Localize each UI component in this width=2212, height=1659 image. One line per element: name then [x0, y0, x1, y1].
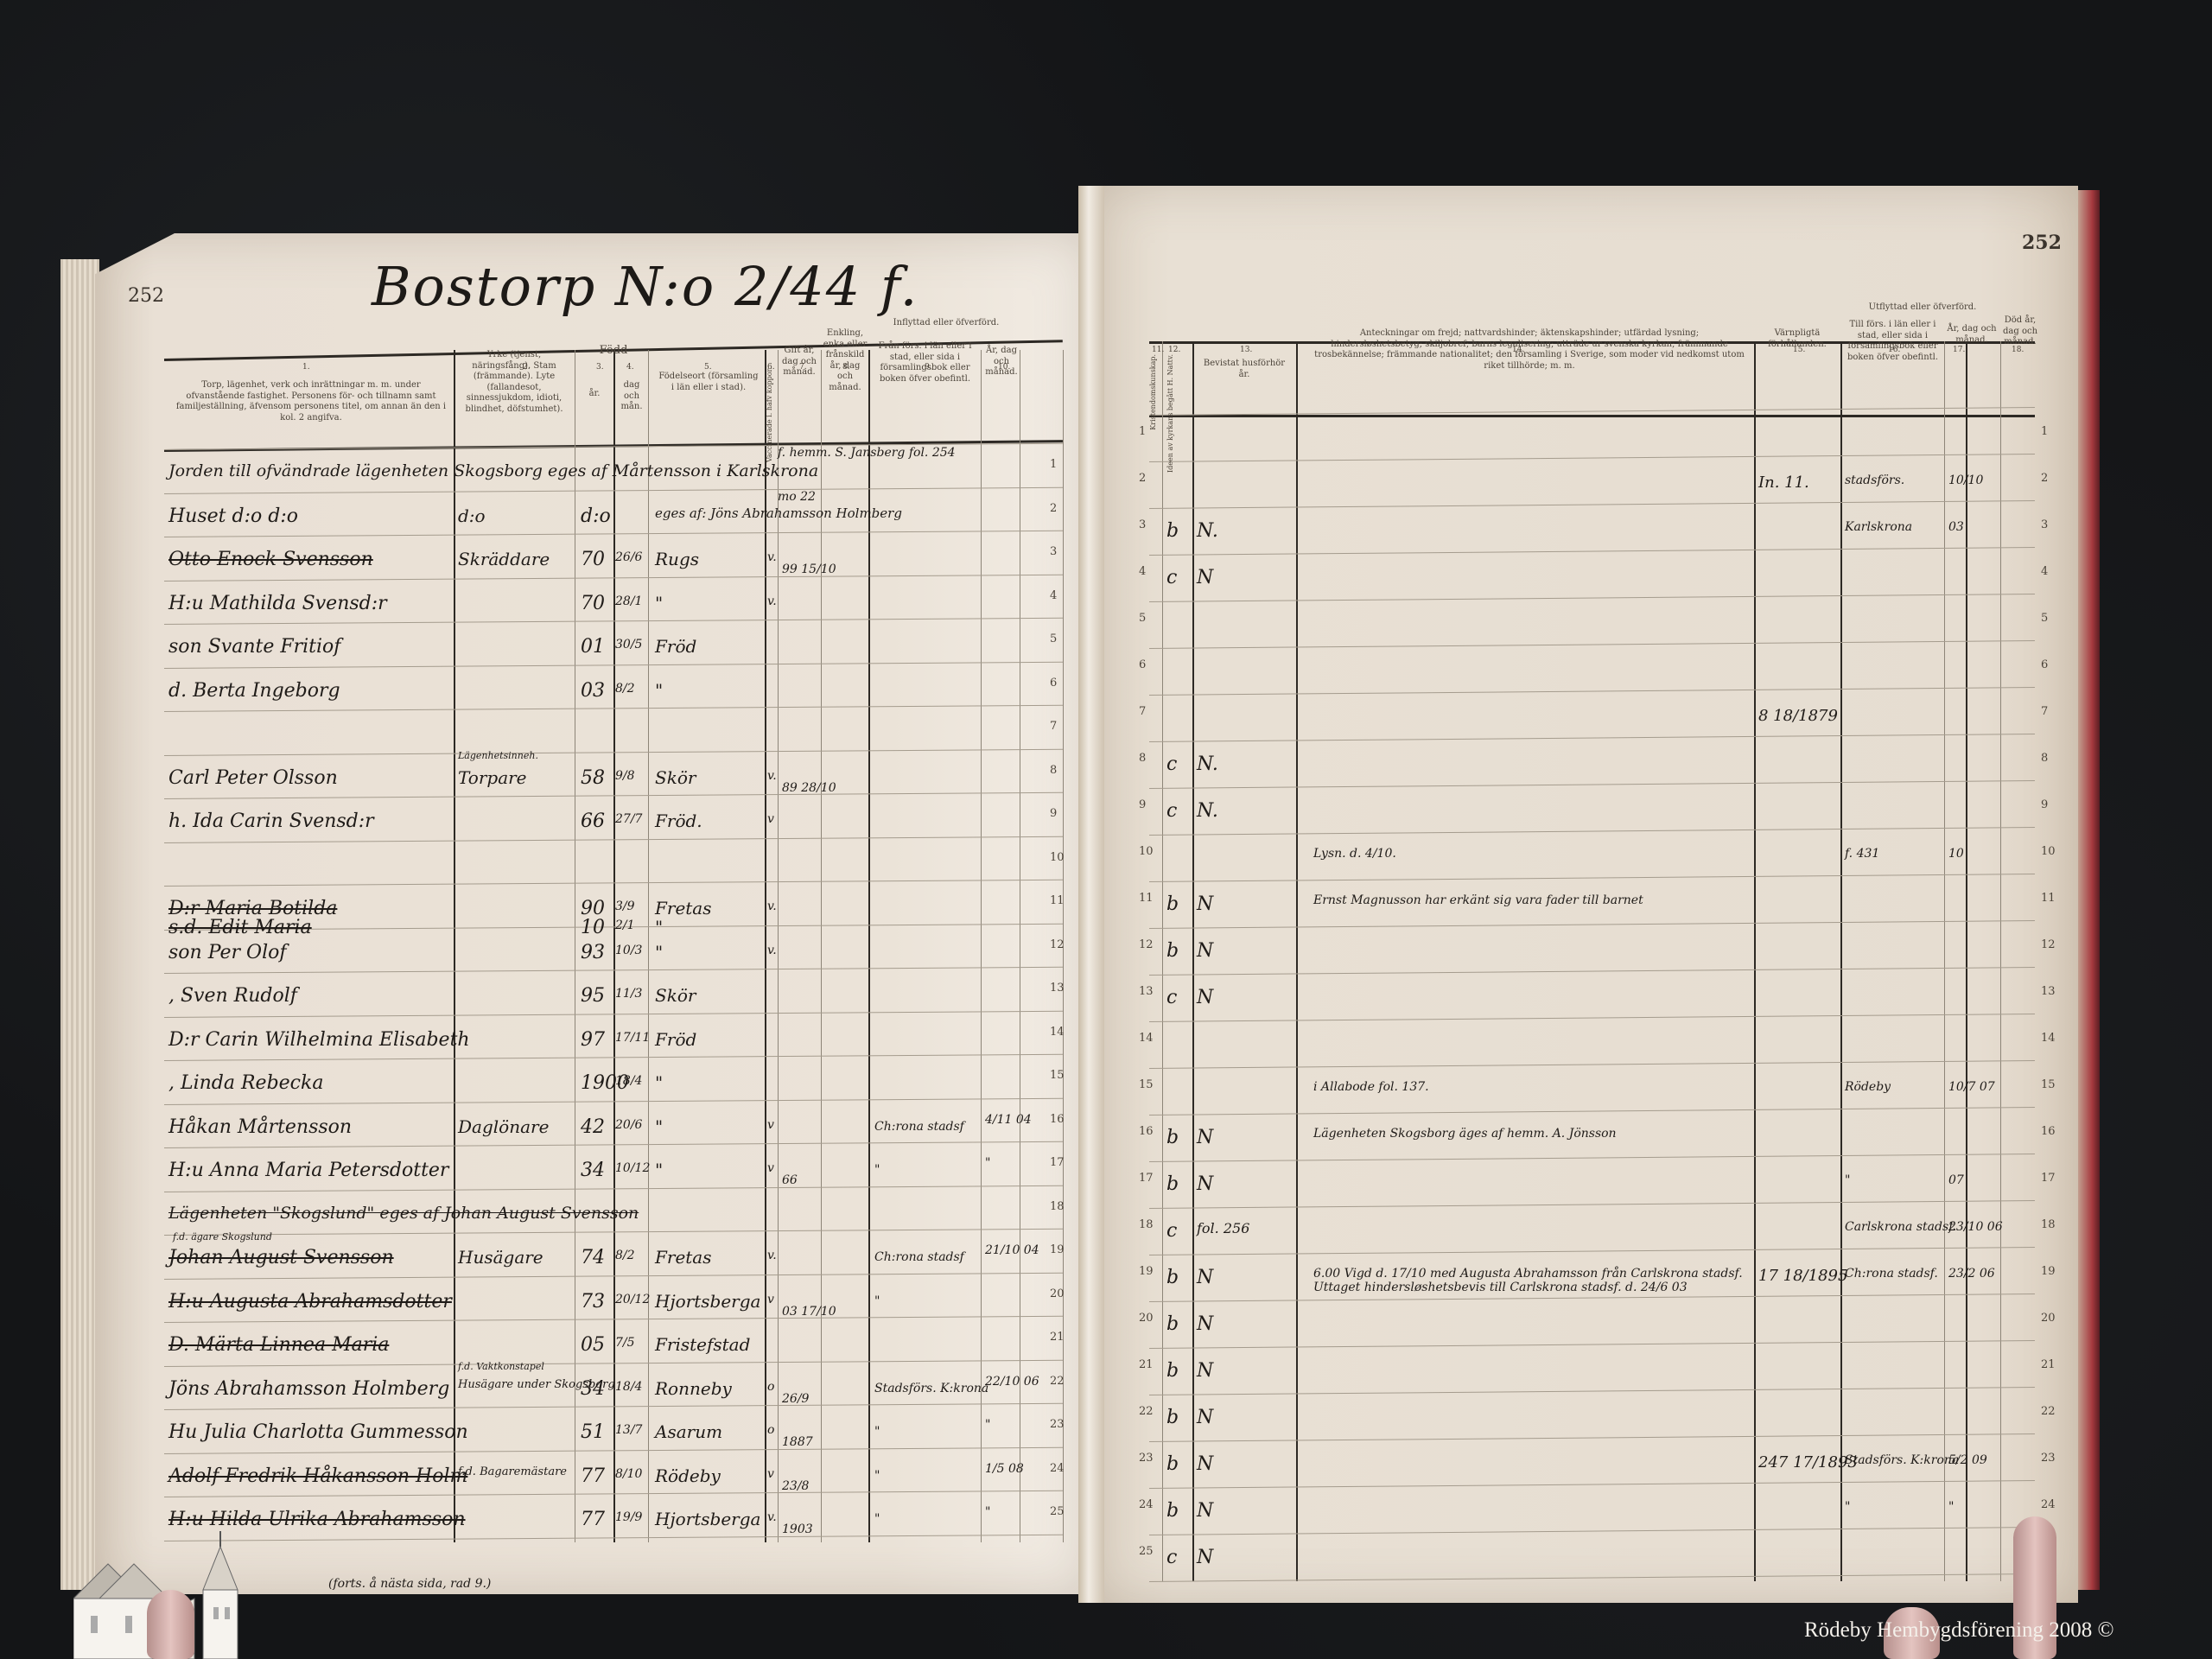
row-number: 9	[2041, 798, 2048, 811]
column-number: 17.	[1953, 346, 1965, 354]
row-number: 19	[2041, 1265, 2056, 1278]
header-col2: Yrke (tjenst, näringsfång). Stam (främma…	[458, 350, 570, 415]
row-number: 6	[2041, 658, 2048, 671]
entry-birthplace: Asarum	[655, 1421, 722, 1442]
entry-christianity-knowledge: b	[1166, 1500, 1179, 1522]
entry-birth-date: 2/1	[615, 918, 635, 932]
entry-birth-year: 34	[581, 1160, 605, 1181]
entry-occupation: Daglönare	[458, 1116, 549, 1137]
entry-christianity-knowledge: b	[1166, 893, 1179, 915]
entry-name: h. Ida Carin Svensd:r	[168, 810, 374, 832]
row-number: 5	[1139, 612, 1146, 625]
entry-moved-to: Rödeby	[1845, 1080, 1891, 1094]
entry-birth-year: d:o	[581, 505, 611, 527]
entry-communion: N	[1197, 1313, 1213, 1335]
entry-birth-date: 20/12	[615, 1293, 650, 1306]
entry-moved-to: Stadsförs. K:krona	[1845, 1453, 1959, 1467]
entry-married-date: 99 15/10	[782, 563, 836, 576]
entry-birth-year: 01	[581, 636, 605, 658]
entry-birth-date: 26/6	[615, 550, 642, 564]
row-number: 22	[1139, 1405, 1154, 1418]
footnote: (forts. å nästa sida, rad 9.)	[328, 1577, 491, 1591]
left-page-number: 252	[128, 285, 164, 307]
entry-communion: N	[1197, 987, 1213, 1008]
entry-birth-date: 20/6	[615, 1118, 642, 1132]
entry-christianity-knowledge: c	[1166, 1220, 1177, 1242]
entry-occupation: f.d. Bagaremästare	[458, 1465, 567, 1478]
entry-vaccinated: v	[767, 812, 774, 826]
entry-birth-year: 77	[581, 1465, 605, 1487]
entry-vaccinated: v.	[767, 944, 777, 957]
entry-birthplace: Fretas	[655, 1247, 712, 1268]
row-number: 8	[2041, 752, 2048, 765]
row-number: 23	[2041, 1452, 2056, 1465]
header-col9: Från förs. i län eller i stad, eller sid…	[871, 341, 979, 385]
row-number: 12	[1139, 938, 1154, 951]
entry-birthplace: "	[655, 1160, 663, 1180]
row-number: 18	[1050, 1200, 1065, 1213]
entry-christianity-knowledge: b	[1166, 1453, 1179, 1475]
entry-birth-year: 73	[581, 1291, 605, 1313]
entry-communion: N	[1197, 940, 1213, 962]
row-number: 10	[1050, 851, 1065, 864]
header-utflyttad: Utflyttad eller öfverförd.	[1849, 302, 1996, 314]
entry-military-service: 247 17/1893	[1758, 1453, 1858, 1471]
entry-christianity-knowledge: c	[1166, 1547, 1177, 1568]
entry-communion: N	[1197, 1500, 1213, 1522]
row-number: 17	[1139, 1172, 1154, 1185]
header-col8: Enkling, enka eller frånskild år, dag oc…	[823, 328, 868, 393]
entry-moved-to: "	[1845, 1173, 1850, 1187]
entry-moved-out-date: 23/2 06	[1948, 1267, 1995, 1281]
column-rule	[868, 350, 870, 1542]
column-rule-thin	[1020, 350, 1020, 1542]
header-col7: Gift år, dag och månad.	[779, 346, 819, 378]
entry-birth-date: 8/2	[615, 682, 635, 696]
entry-married-date: 23/8	[782, 1479, 809, 1493]
entry-note: f. hemm. S. Jansberg fol. 254	[778, 446, 956, 460]
entry-moved-to: f. 431	[1845, 847, 1879, 861]
entry-christianity-knowledge: b	[1166, 1173, 1179, 1195]
entry-communion: N.	[1197, 520, 1218, 542]
row-number: 6	[1050, 677, 1057, 690]
row-number: 21	[1050, 1331, 1065, 1344]
entry-birth-year: 10	[581, 917, 605, 938]
entry-name: Carl Peter Olsson	[168, 767, 338, 789]
row-number: 21	[1139, 1358, 1154, 1371]
book-page-edges-left	[60, 259, 99, 1590]
row-number: 15	[1139, 1078, 1154, 1091]
row-number: 19	[1139, 1265, 1154, 1278]
entry-birth-year: 51	[581, 1421, 605, 1443]
header-rule-bottom	[1149, 415, 2035, 417]
entry-occupation: Husägare	[458, 1247, 543, 1268]
entry-communion: N	[1197, 1173, 1213, 1195]
entry-moved-to: stadsförs.	[1845, 474, 1904, 487]
entry-communion: N	[1197, 1360, 1213, 1382]
entry-occupation: d:o	[458, 505, 486, 526]
entry-birth-year: 77	[581, 1509, 605, 1530]
row-number: 1	[1050, 458, 1057, 471]
header-col5: Födelseort (församling i län eller i sta…	[657, 372, 760, 393]
column-number: 13.	[1240, 346, 1252, 354]
entry-christianity-knowledge: b	[1166, 1127, 1179, 1148]
row-number: 1	[2041, 425, 2048, 438]
entry-married-date: 03 17/10	[782, 1305, 836, 1319]
header-col18: Död år, dag och månad.	[2003, 315, 2037, 348]
entry-occupation-note: f.d. Vaktkonstapel	[458, 1361, 544, 1372]
entry-communion: N	[1197, 1453, 1213, 1475]
entry-birthplace: Fröd	[655, 636, 696, 657]
entry-birth-date: 10/3	[615, 944, 642, 957]
entry-christianity-knowledge: b	[1166, 940, 1179, 962]
row-number: 7	[2041, 705, 2048, 718]
row-number: 7	[1139, 705, 1146, 718]
entry-birthplace: "	[655, 1116, 663, 1137]
entry-birth-date: 30/5	[615, 638, 642, 652]
entry-remarks: Lysn. d. 4/10.	[1313, 847, 1745, 861]
header-inflyttad: Inflyttad eller öfverförd.	[873, 318, 1020, 329]
row-number: 12	[1050, 938, 1065, 951]
row-number: 9	[1139, 798, 1146, 811]
header-col4: dag och mån.	[615, 380, 648, 413]
entry-moved-out-date: "	[1948, 1500, 1954, 1514]
entry-vaccinated: o	[767, 1423, 774, 1437]
entry-moved-from: "	[874, 1163, 880, 1177]
row-number: 18	[1139, 1218, 1154, 1231]
entry-married-date: 1887	[782, 1435, 813, 1449]
entry-name: H:u Hilda Ulrika Abrahamsson	[168, 1509, 466, 1530]
entry-communion: N.	[1197, 753, 1218, 775]
entry-military-service: 17 18/1895	[1758, 1267, 1847, 1285]
entry-note: mo 22	[778, 490, 816, 504]
row-number: 20	[2041, 1312, 2056, 1325]
header-col15: Värnpligtä förhållanden.	[1758, 328, 1836, 350]
entry-married-date: 1903	[782, 1522, 813, 1536]
entry-name: Otto Enock Svensson	[168, 549, 373, 570]
column-number: 5.	[704, 363, 712, 372]
row-number: 24	[2041, 1498, 2056, 1511]
row-number: 3	[1050, 545, 1057, 558]
header-col3: år.	[577, 389, 612, 400]
entry-moved-from: Stadsförs. K:krona	[874, 1382, 988, 1395]
entry-birthplace: "	[655, 593, 663, 613]
entry-vaccinated: v.	[767, 1249, 777, 1262]
header-col12: Ideen av kyrkans begått H. Nattv.	[1166, 354, 1191, 473]
header-col13: Bevistat husförhör år.	[1201, 359, 1287, 380]
row-number: 4	[1050, 589, 1057, 602]
entry-vaccinated: v.	[767, 899, 777, 913]
row-number: 17	[2041, 1172, 2056, 1185]
row-number: 1	[1139, 425, 1146, 438]
entry-birth-date: 3/9	[615, 899, 635, 913]
entry-birth-date: 19/9	[615, 1510, 642, 1524]
column-rule	[1192, 341, 1194, 1581]
entry-vaccinated: v.	[767, 1510, 777, 1524]
entry-vaccinated: v	[767, 1161, 774, 1175]
entry-occupation-note: Lägenhetsinneh.	[458, 750, 538, 761]
column-rule-thin	[778, 350, 779, 1542]
row-number: 14	[1050, 1026, 1065, 1039]
column-rule	[1966, 341, 1967, 1581]
entry-christianity-knowledge: c	[1166, 567, 1177, 588]
row-number: 25	[1139, 1545, 1154, 1558]
row-number: 14	[2041, 1032, 2056, 1045]
header-col14: Anteckningar om frejd; nattvardshinder; …	[1313, 328, 1745, 372]
row-number: 10	[2041, 845, 2056, 858]
entry-military-service: 8 18/1879	[1758, 707, 1838, 725]
entry-communion: N	[1197, 1547, 1213, 1568]
entry-birth-year: 70	[581, 549, 605, 570]
entry-name: H:u Anna Maria Petersdotter	[168, 1160, 448, 1181]
entry-birth-year: 93	[581, 942, 605, 963]
row-number: 20	[1139, 1312, 1154, 1325]
entry-christianity-knowledge: b	[1166, 1313, 1179, 1335]
entry-vaccinated: v.	[767, 594, 777, 608]
entry-communion: N.	[1197, 800, 1218, 822]
row-number: 23	[1139, 1452, 1154, 1465]
row-number: 16	[1139, 1125, 1154, 1138]
column-rule-thin	[821, 350, 822, 1542]
entry-birthplace: Skör	[655, 985, 696, 1006]
entry-vaccinated: o	[767, 1380, 774, 1394]
header-col11: Kristendomskunskap.	[1149, 354, 1161, 430]
entry-birth-date: 28/1	[615, 594, 642, 608]
entry-birth-year: 74	[581, 1247, 605, 1268]
entry-remarks: 6.00 Vigd d. 17/10 med Augusta Abrahamss…	[1313, 1267, 1745, 1294]
row-number: 16	[1050, 1113, 1065, 1126]
entry-name: Huset d:o d:o	[168, 505, 298, 527]
entry-moved-out-date: 03	[1948, 520, 1964, 534]
entry-communion: N	[1197, 567, 1213, 588]
header-fodd: Född	[583, 344, 644, 358]
entry-moved-to: Karlskrona	[1845, 520, 1912, 534]
row-number: 11	[1139, 892, 1154, 905]
entry-communion: fol. 256	[1197, 1220, 1249, 1236]
entry-vaccinated: v	[767, 1293, 774, 1306]
entry-moved-in-date: "	[985, 1156, 990, 1170]
entry-birthplace: Skör	[655, 767, 696, 788]
entry-name: son Svante Fritiof	[168, 636, 340, 658]
entry-birth-year: 66	[581, 810, 605, 832]
column-number: 11.	[1152, 346, 1164, 354]
entry-birthplace: "	[655, 1072, 663, 1093]
entry-communion: N	[1197, 893, 1213, 915]
entry-name: H:u Mathilda Svensd:r	[168, 593, 387, 614]
row-number: 13	[1139, 985, 1154, 998]
column-number: 12.	[1168, 346, 1180, 354]
entry-christianity-knowledge: c	[1166, 987, 1177, 1008]
entry-name-note: f.d. ägare Skogslund	[173, 1231, 272, 1243]
entry-name: Johan August Svensson	[168, 1247, 394, 1268]
entry-birth-year: 42	[581, 1116, 605, 1138]
entry-birth-date: 8/2	[615, 1249, 635, 1262]
entry-name: Lägenheten "Skogslund" eges af Johan Aug…	[168, 1204, 639, 1223]
entry-birth-year: 05	[581, 1334, 605, 1356]
row-number: 25	[1050, 1505, 1065, 1518]
entry-occupation: Torpare	[458, 767, 527, 788]
header-col17: År, dag och månad.	[1946, 324, 1998, 346]
row-number: 17	[1050, 1156, 1065, 1169]
entry-moved-to: Carlskrona stadsf.	[1845, 1220, 1956, 1234]
entry-moved-in-date: 21/10 04	[985, 1243, 1039, 1257]
entry-moved-in-date: 22/10 06	[985, 1375, 1039, 1389]
entry-remarks: Ernst Magnusson har erkänt sig vara fade…	[1313, 893, 1745, 907]
entry-birth-date: 27/7	[615, 812, 642, 826]
row-number: 22	[2041, 1405, 2056, 1418]
row-number: 2	[2041, 472, 2048, 485]
row-number: 4	[2041, 565, 2048, 578]
entry-birthplace: Fröd	[655, 1029, 696, 1050]
row-number: 12	[2041, 938, 2056, 951]
entry-birth-year: 34	[581, 1378, 605, 1400]
entry-name: H:u Augusta Abrahamsdotter	[168, 1291, 452, 1313]
entry-moved-out-date: 5/2 09	[1948, 1453, 1987, 1467]
entry-christianity-knowledge: b	[1166, 520, 1179, 542]
entry-birth-date: 17/11	[615, 1031, 650, 1045]
header-col10: År, dag och månad.	[983, 346, 1020, 378]
row-number: 15	[1050, 1069, 1065, 1082]
entry-birth-year: 97	[581, 1029, 605, 1051]
row-number: 11	[1050, 894, 1065, 907]
row-number: 22	[1050, 1375, 1065, 1388]
finger	[147, 1590, 194, 1659]
entry-moved-out-date: 07	[1948, 1173, 1964, 1187]
column-rule	[1754, 341, 1756, 1581]
right-page-number: 252	[2022, 232, 2062, 254]
row-number: 5	[2041, 612, 2048, 625]
row-number: 19	[1050, 1243, 1065, 1256]
entry-name: D:r Carin Wilhelmina Elisabeth	[168, 1029, 470, 1051]
entry-remarks: Lägenheten Skogsborg äges af hemm. A. Jö…	[1313, 1127, 1745, 1141]
entry-moved-out-date: 10/7 07	[1948, 1080, 1995, 1094]
column-rule-thin	[1944, 341, 1945, 1581]
entry-moved-in-date: 1/5 08	[985, 1462, 1024, 1476]
row-number: 5	[1050, 632, 1057, 645]
header-col16: Till förs. i län eller i stad, eller sid…	[1843, 320, 1942, 363]
entry-christianity-knowledge: c	[1166, 800, 1177, 822]
entry-name: D. Märta Linnea Maria	[168, 1334, 389, 1356]
entry-moved-in-date: "	[985, 1505, 990, 1519]
entry-birth-date: 8/10	[615, 1467, 642, 1481]
entry-moved-from: "	[874, 1425, 880, 1439]
header-col1: Torp, lägenhet, verk och inrättningar m.…	[173, 380, 449, 423]
entry-name: , Sven Rudolf	[168, 985, 297, 1007]
entry-christianity-knowledge: b	[1166, 1267, 1179, 1288]
row-number: 13	[1050, 982, 1065, 995]
entry-birth-date: 7/5	[615, 1336, 635, 1350]
row-number: 4	[1139, 565, 1146, 578]
book-spine	[1078, 186, 1104, 1603]
entry-married-date: 66	[782, 1173, 798, 1187]
entry-name: Hu Julia Charlotta Gummesson	[168, 1421, 468, 1443]
row-number: 3	[1139, 518, 1146, 531]
row-number: 8	[1050, 764, 1057, 777]
entry-communion: N	[1197, 1127, 1213, 1148]
row-number: 3	[2041, 518, 2048, 531]
row-number: 8	[1139, 752, 1146, 765]
column-rule	[1296, 341, 1298, 1581]
column-number: 4.	[626, 363, 634, 372]
entry-birth-year: 03	[581, 680, 605, 702]
entry-communion: N	[1197, 1407, 1213, 1428]
entry-birth-year: 58	[581, 767, 605, 789]
entry-birthplace: "	[655, 680, 663, 701]
entry-name: , Linda Rebecka	[168, 1072, 323, 1094]
row-number: 6	[1139, 658, 1146, 671]
entry-birth-date: 18/4	[615, 1074, 642, 1088]
row-number: 2	[1139, 472, 1146, 485]
entry-moved-out-date: 23/10 06	[1948, 1220, 2003, 1234]
entry-birth-date: 9/8	[615, 769, 635, 783]
entry-birthplace: Fröd.	[655, 810, 702, 831]
entry-moved-from: Ch:rona stadsf	[874, 1120, 964, 1134]
entry-name: d. Berta Ingeborg	[168, 680, 340, 702]
entry-military-service: In. 11.	[1758, 474, 1809, 492]
entry-name: Håkan Mårtensson	[168, 1116, 352, 1138]
entry-vaccinated: v.	[767, 769, 777, 783]
entry-moved-from: "	[874, 1469, 880, 1483]
row-number: 20	[1050, 1287, 1065, 1300]
entry-birth-date: 10/12	[615, 1161, 650, 1175]
entry-moved-to: "	[1845, 1500, 1850, 1514]
entry-birthplace: "	[655, 917, 663, 938]
row-number: 23	[1050, 1418, 1065, 1431]
row-number: 15	[2041, 1078, 2056, 1091]
entry-birth-date: 11/3	[615, 987, 642, 1001]
row-number: 16	[2041, 1125, 2056, 1138]
row-number: 11	[2041, 892, 2056, 905]
entry-birthplace: eges af: Jöns Abrahamsson Holmberg	[655, 505, 902, 521]
entry-birthplace: "	[655, 942, 663, 963]
row-number: 7	[1050, 720, 1057, 733]
entry-birthplace: Fretas	[655, 898, 712, 918]
entry-vaccinated: v	[767, 1467, 774, 1481]
entry-birthplace: Hjortsberga	[655, 1509, 760, 1529]
header-col6: Vaccinerade i. hafv koppor.	[766, 367, 778, 462]
entry-birthplace: Rödeby	[655, 1465, 721, 1486]
entry-moved-from: "	[874, 1294, 880, 1308]
page-title: Bostorp N:o 2/44 f.	[372, 255, 918, 318]
row-number: 24	[1050, 1462, 1065, 1475]
row-number: 21	[2041, 1358, 2056, 1371]
entry-birth-year: 95	[581, 985, 605, 1007]
entry-birth-date: 18/4	[615, 1380, 642, 1394]
entry-birth-year: 70	[581, 593, 605, 614]
row-number: 18	[2041, 1218, 2056, 1231]
entry-christianity-knowledge: b	[1166, 1360, 1179, 1382]
row-number: 9	[1050, 807, 1057, 820]
entry-occupation: Skräddare	[458, 549, 550, 569]
entry-name: Adolf Fredrik Håkansson Holm	[168, 1465, 467, 1487]
entry-remarks: i Allabode fol. 137.	[1313, 1080, 1745, 1094]
copyright-watermark: Rödeby Hembygdsförening 2008 ©	[1804, 1618, 2114, 1643]
entry-vaccinated: v	[767, 1118, 774, 1132]
entry-birthplace: Fristefstad	[655, 1334, 750, 1355]
entry-name: s.d. Edit Maria	[168, 917, 312, 938]
entry-birthplace: Rugs	[655, 549, 699, 569]
column-rule-thin	[981, 350, 982, 1542]
entry-birth-date: 13/7	[615, 1423, 642, 1437]
entry-moved-out-date: 10	[1948, 847, 1964, 861]
entry-married-date: 26/9	[782, 1392, 809, 1406]
row-number: 2	[1050, 502, 1057, 515]
entry-moved-in-date: "	[985, 1418, 990, 1432]
row-number: 10	[1139, 845, 1154, 858]
entry-married-date: 89 28/10	[782, 781, 836, 795]
row-number: 14	[1139, 1032, 1154, 1045]
entry-communion: N	[1197, 1267, 1213, 1288]
